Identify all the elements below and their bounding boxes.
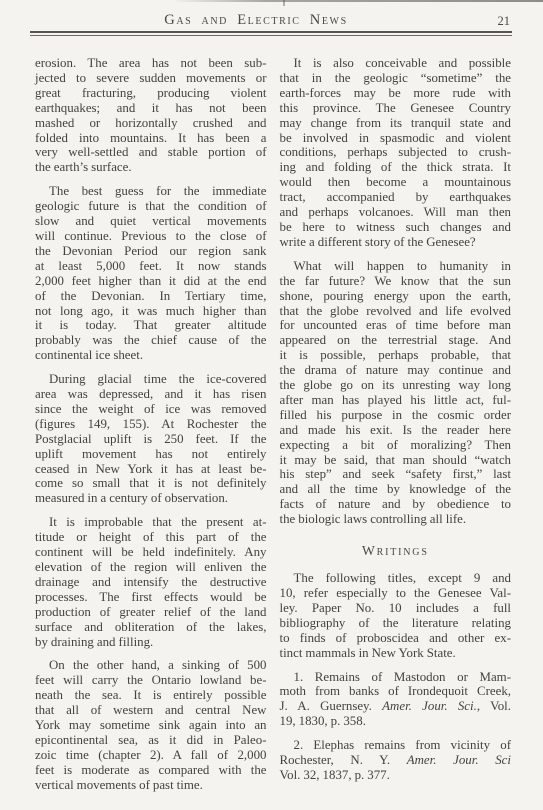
text-line: expecting a bit of moralizing? Then xyxy=(280,438,512,453)
paragraph-glacial-uplift: During glacial time the ice-coveredarea … xyxy=(35,372,267,506)
paragraph-writings-intro: The following titles, except 9 and10, re… xyxy=(280,571,512,660)
text-line: Postglacial uplift is 250 feet. If the xyxy=(35,432,267,447)
text-line: be involved in spasmodic and violent xyxy=(280,131,512,146)
text-line: and made his exit. Is the reader here xyxy=(280,423,512,438)
text-line: tract, accompanied by earthquakes xyxy=(280,190,512,205)
paragraph-geologic-future: The best guess for the immediategeologic… xyxy=(35,184,267,363)
text-line: appeared on the terrestrial stage. And xyxy=(280,333,512,348)
paragraph-sinking-500-feet: On the other hand, a sinking of 500feet … xyxy=(35,658,267,792)
text-line: ley. Paper No. 10 includes a full xyxy=(280,601,512,616)
scanned-page: Gas and Electric News 21 erosion. The ar… xyxy=(0,0,543,810)
left-column: erosion. The area has not been sub-jecte… xyxy=(35,56,267,793)
text-line: shone, pouring energy upon the earth, xyxy=(280,289,512,304)
text-line: On the other hand, a sinking of 500 xyxy=(35,658,267,673)
text-line: not long ago, it was much higher than xyxy=(35,304,267,319)
text-line: this province. The Genesee Country xyxy=(280,101,512,116)
text-line: It is improbable that the present at- xyxy=(35,515,267,530)
text-line: epicontinental sea, as it did in Paleo- xyxy=(35,733,267,748)
text-line: During glacial time the ice-covered xyxy=(35,372,267,387)
text-line: elevation of the region will enliven the xyxy=(35,560,267,575)
right-column: It is also conceivable and possiblethat … xyxy=(280,56,512,793)
text-line: surface and obliteration of the lakes, xyxy=(35,620,267,635)
text-line: that all of western and central New xyxy=(35,703,267,718)
text-line: write a different story of the Genesee? xyxy=(280,235,512,250)
scan-artifact-top-edge xyxy=(172,0,543,2)
text-line: Rochester, N. Y. Amer. Jour. Sci xyxy=(280,753,512,768)
text-line: the far future? We know that the sun xyxy=(280,274,512,289)
text-line: ceased in New York it has at least be- xyxy=(35,462,267,477)
text-line: come so small that it is not definitely xyxy=(35,476,267,491)
text-line: very well-settled and stable portion of xyxy=(35,145,267,160)
text-line: that in the geologic “sometime” the xyxy=(280,71,512,86)
text-line: slow and quiet vertical movements xyxy=(35,214,267,229)
paragraph-erosion-continuation: erosion. The area has not been sub-jecte… xyxy=(35,56,267,175)
paragraph-humanity-far-future: What will happen to humanity inthe far f… xyxy=(280,259,512,527)
text-line: The best guess for the immediate xyxy=(35,184,267,199)
text-line: the Devonian Period our region sank xyxy=(35,244,267,259)
text-line: folded into mountains. It has been a xyxy=(35,131,267,146)
text-line: vertical movements of past time. xyxy=(35,778,267,793)
text-line: uplift movement has not entirely xyxy=(35,447,267,462)
text-line: be here to witness such changes and xyxy=(280,220,512,235)
paragraph-continent-attitude: It is improbable that the present at-tit… xyxy=(35,515,267,649)
text-line: by draining and filling. xyxy=(35,635,267,650)
text-line: his step” and seek “safety first,” last xyxy=(280,467,512,482)
text-line: at least 5,000 feet. It now stands xyxy=(35,259,267,274)
text-line: It is also conceivable and possible xyxy=(280,56,512,71)
text-line: conditions, perhaps subjected to crush- xyxy=(280,145,512,160)
paragraph-earth-forces: It is also conceivable and possiblethat … xyxy=(280,56,512,250)
text-line: it is possible, perhaps probable, that xyxy=(280,348,512,363)
text-line: The following titles, except 9 and xyxy=(280,571,512,586)
text-line: titude or height of this part of the xyxy=(35,530,267,545)
text-line: the biologic laws controlling all life. xyxy=(280,512,512,527)
text-line: zoic time (chapter 2). A fall of 2,000 xyxy=(35,748,267,763)
text-line: production of greater relief of the land xyxy=(35,605,267,620)
text-line: and perhaps volcanoes. Will man then xyxy=(280,205,512,220)
text-line: bibliography of the literature relating xyxy=(280,616,512,631)
text-line: 2. Elephas remains from vicinity of xyxy=(280,738,512,753)
text-line: may change from its tranquil state and xyxy=(280,116,512,131)
text-line: Vol. 32, 1837, p. 377. xyxy=(280,768,512,783)
reference-item-2: 2. Elephas remains from vicinity ofRoche… xyxy=(280,738,512,783)
text-line: it may be said, that man should “watch xyxy=(280,453,512,468)
text-line: the earth’s surface. xyxy=(35,160,267,175)
text-line: earthquakes; and it has not been xyxy=(35,101,267,116)
text-line: 19, 1830, p. 358. xyxy=(280,714,512,729)
text-line: that the globe revolved and life evolved xyxy=(280,304,512,319)
text-line: great fracturing, producing violent xyxy=(35,86,267,101)
text-columns: erosion. The area has not been sub-jecte… xyxy=(35,56,511,793)
text-line: jected to severe sudden movements or xyxy=(35,71,267,86)
scan-artifact-tick xyxy=(283,0,285,6)
text-line: continent will be held indefinitely. Any xyxy=(35,545,267,560)
text-line: 1. Remains of Mastodon or Mam- xyxy=(280,670,512,685)
header-rule xyxy=(30,31,512,36)
text-line: to finds of proboscidea and other ex- xyxy=(280,631,512,646)
text-line: tinct mammals in New York State. xyxy=(280,646,512,661)
text-line: feet is moderate as compared with the xyxy=(35,763,267,778)
reference-item-1: 1. Remains of Mastodon or Mam-moth from … xyxy=(280,670,512,730)
text-line: for uncounted eras of time before man xyxy=(280,318,512,333)
text-line: drainage and intensify the destructive xyxy=(35,575,267,590)
text-line: would then become a mountainous xyxy=(280,175,512,190)
text-line: continental ice sheet. xyxy=(35,348,267,363)
text-line: What will happen to humanity in xyxy=(280,259,512,274)
text-line: since the weight of ice was removed xyxy=(35,402,267,417)
text-line: and all the time by knowledge of the xyxy=(280,482,512,497)
running-title: Gas and Electric News xyxy=(0,12,512,29)
text-line: mashed or horizontally crushed and xyxy=(35,116,267,131)
text-line: J. A. Guernsey. Amer. Jour. Sci., Vol. xyxy=(280,699,512,714)
text-line: the globe go on its unresting way long xyxy=(280,378,512,393)
text-line: area was depressed, and it has risen xyxy=(35,387,267,402)
text-line: neath the sea. It is entirely possible xyxy=(35,688,267,703)
text-line: will continue. Previous to the close of xyxy=(35,229,267,244)
text-line: measured in a century of observation. xyxy=(35,491,267,506)
page-number: 21 xyxy=(498,14,511,29)
text-line: geologic future is that the condition of xyxy=(35,199,267,214)
text-line: erosion. The area has not been sub- xyxy=(35,56,267,71)
text-line: 2,000 feet higher than it did at the end xyxy=(35,274,267,289)
text-line: York may sometime sink again into an xyxy=(35,718,267,733)
text-line: earth-forces may be more rude with xyxy=(280,86,512,101)
text-line: the drama of nature may continue and xyxy=(280,363,512,378)
text-line: of the Devonian. In Tertiary time, xyxy=(35,289,267,304)
text-line: (figures 149, 155). At Rochester the xyxy=(35,417,267,432)
text-line: filled his purpose in the cosmic order xyxy=(280,408,512,423)
text-line: moth from banks of Irondequoit Creek, xyxy=(280,684,512,699)
text-line: it is today. That greater altitude xyxy=(35,318,267,333)
text-line: probably was the chief cause of the xyxy=(35,333,267,348)
text-line: after man has played his little act, ful… xyxy=(280,393,512,408)
text-line: feet will carry the Ontario lowland be- xyxy=(35,673,267,688)
text-line: processes. The first effects would be xyxy=(35,590,267,605)
text-line: facts of nature and by obedience to xyxy=(280,497,512,512)
writings-heading: Writings xyxy=(280,543,512,559)
text-line: ing and folding of the thick strata. It xyxy=(280,160,512,175)
text-line: 10, refer especially to the Genesee Val- xyxy=(280,586,512,601)
